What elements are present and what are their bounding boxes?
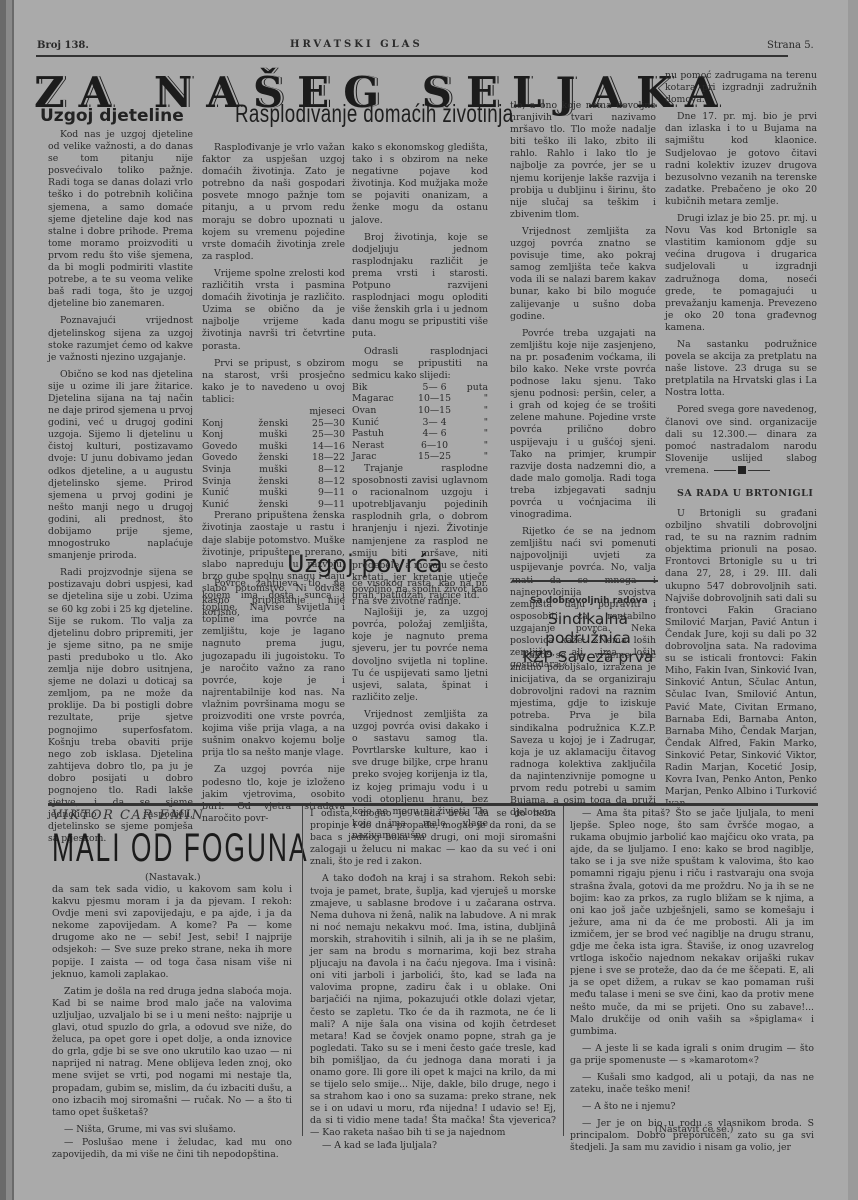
page-binding-shadow <box>6 0 12 1200</box>
sex: muški <box>252 487 294 499</box>
ditto-mark: " <box>458 451 488 463</box>
paragraph: — A što ne i njemu? <box>570 1101 814 1113</box>
months: 8—12 <box>294 464 345 476</box>
table-row: Kunić3— 4" <box>352 417 488 429</box>
article-uzgoj-povrca-col3: tlo, a ono koje nema dovoljno hranjivih … <box>510 100 656 676</box>
article-brtonigla-body: U Brtonigli su građani ozbiljno shvatili… <box>665 508 817 815</box>
article-title-brtonigla: SA RADA U BRTONIGLI <box>677 488 813 499</box>
table-row: Kunićmuški9—11 <box>202 487 345 499</box>
sex: muški <box>252 464 294 476</box>
months: 25—30 <box>294 429 345 441</box>
sex: ženski <box>252 499 294 511</box>
mating-frequency-table: Bik5— 6puta Magarac10—15" Ovan10—15" Kun… <box>352 382 488 463</box>
issue-number: Broj 138. <box>37 40 89 51</box>
times: 4— 6 <box>411 428 458 440</box>
article-sindikalna-body: Kako se je vrijeme već znatno poboljšalo… <box>510 650 656 824</box>
first-mating-age-table: mjeseci Konjženski25—30 Konjmuški25—30 G… <box>202 406 345 510</box>
paragraph: — Ama šta pitaš? Što se jače ljuljala, t… <box>570 808 814 1038</box>
article-uzgoj-povrca-col2: će visokog rasta, kao na pr. grah, patli… <box>352 578 488 847</box>
paragraph: će visokog rasta, kao na pr. grah, patli… <box>352 578 488 602</box>
times: 3— 4 <box>411 417 458 429</box>
animal: Magarac <box>352 393 411 405</box>
table-row: Konjženski25—30 <box>202 418 345 430</box>
serial-col2: I odista, mogao je otada brod da se do n… <box>310 808 556 1157</box>
animal: Bik <box>352 382 411 394</box>
paragraph: Povrće treba uzgajati na zemljištu koje … <box>510 328 656 522</box>
to-be-continued-label: (Nastavit će se.) <box>655 1124 733 1135</box>
header-rule <box>36 55 788 57</box>
paragraph: — Poslušao mene i želudac, kad mu ono za… <box>52 1137 292 1161</box>
article-title-uzgoj-djeteline: Uzgoj djeteline <box>40 106 184 126</box>
paragraph: nu pomoć zadrugama na terenu kotara pri … <box>665 70 817 106</box>
article-title-rasplodjivanje: Rasplođivanje domaćih životinja <box>235 100 513 129</box>
times: 6—10 <box>411 440 458 452</box>
paragraph: Vrijeme spolne zrelosti kod različitih v… <box>202 268 345 353</box>
serial-col3: — Ama šta pitaš? Što se jače ljuljala, t… <box>570 808 814 1160</box>
paragraph: kako s ekonomskog gledišta, tako i s obz… <box>352 142 488 227</box>
animal: Nerast <box>352 440 411 452</box>
table-row: Govedoženski18—22 <box>202 452 345 464</box>
paper-name: HRVATSKI GLAS <box>290 39 423 50</box>
paragraph: Dne 17. pr. mj. bio je prvi dan izlaska … <box>665 111 817 208</box>
sex: muški <box>252 429 294 441</box>
section-ornament <box>714 466 770 474</box>
months: 9—11 <box>294 487 345 499</box>
paragraph: — Ništa, Grume, mi vas svi slušamo. <box>52 1124 292 1136</box>
paragraph: U Brtonigli su građani ozbiljno shvatili… <box>665 508 817 810</box>
serial-title: MALI OD FOGUNA <box>52 826 309 871</box>
ornament-square-icon <box>738 466 746 474</box>
animal: Kunić <box>202 487 252 499</box>
months: 9—11 <box>294 499 345 511</box>
table-unit-header: mjeseci <box>294 406 345 418</box>
ditto-mark: " <box>458 405 488 417</box>
paragraph: Zatim je došla na red druga jedna slaboć… <box>52 986 292 1119</box>
paragraph: da sam tek sada vidio, u kakovom sam kol… <box>52 884 292 981</box>
ornament-line <box>748 470 770 471</box>
animal: Pastuh <box>352 428 411 440</box>
article-uzgoj-djeteline: Kod nas je uzgoj djeteline od velike važ… <box>48 129 193 850</box>
table-row: Ovan10—15" <box>352 405 488 417</box>
animal: Konj <box>202 429 252 441</box>
paragraph: Rasplođivanje je vrlo važan faktor za us… <box>202 142 345 263</box>
paragraph: Najlošiji je, za uzgoj povrća, položaj z… <box>352 607 488 704</box>
table-row: Bik5— 6puta <box>352 382 488 394</box>
table-row: Svinjamuški8—12 <box>202 464 345 476</box>
paragraph: Kako se je vrijeme već znatno poboljšalo… <box>510 650 656 819</box>
serial-top-rule <box>48 803 818 806</box>
paragraph: Obično se kod nas djetelina sije u ozime… <box>48 369 193 563</box>
article-sindikalna-continued: nu pomoć zadrugama na terenu kotara pri … <box>665 70 817 482</box>
months: 14—16 <box>294 441 345 453</box>
article-uzgoj-povrca-col1: Povrće zahtijeva tlo, na kojem ima dosta… <box>202 578 345 830</box>
animal: Govedo <box>202 441 252 453</box>
animal: Govedo <box>202 452 252 464</box>
serial-author: VIKTOR CAR EMIN <box>52 808 205 823</box>
ornament-line <box>714 470 736 471</box>
table-row: Pastuh4— 6" <box>352 428 488 440</box>
sex: ženski <box>252 418 294 430</box>
serial-col1: da sam tek sada vidio, u kakovom sam kol… <box>52 884 292 1166</box>
page-right-edge <box>848 0 858 1200</box>
table-row: Konjmuški25—30 <box>202 429 345 441</box>
sex: ženski <box>252 476 294 488</box>
table-row: Jarac15—25" <box>352 451 488 463</box>
paragraph: Kod nas je uzgoj djeteline od velike važ… <box>48 129 193 310</box>
paragraph: Na sastanku podružnice povela se akcija … <box>665 339 817 399</box>
column-divider <box>563 806 564 1136</box>
months: 18—22 <box>294 452 345 464</box>
article-rasplodjivanje-col2: kako s ekonomskog gledišta, tako i s obz… <box>352 142 488 613</box>
paragraph: Prvi se pripust, s obzirom na starost, v… <box>202 358 345 406</box>
paragraph: — Kušali smo kadgod, ali u potaji, da na… <box>570 1072 814 1096</box>
animal: Svinja <box>202 464 252 476</box>
paragraph: tlo, a ono koje nema dovoljno hranjivih … <box>510 100 656 221</box>
ditto-mark: " <box>458 393 488 405</box>
paragraph: Broj životinja, koje se dodjeljuju jedno… <box>352 232 488 341</box>
times: 10—15 <box>411 405 458 417</box>
paragraph: Povrće zahtijeva tlo, na kojem ima dosta… <box>202 578 345 759</box>
paragraph: Drugi izlaz je bio 25. pr. mj. u Novu Va… <box>665 213 817 334</box>
animal: Svinja <box>202 476 252 488</box>
times: 10—15 <box>411 393 458 405</box>
ditto-mark: " <box>458 417 488 429</box>
animal: Kunić <box>352 417 411 429</box>
sex: ženski <box>252 452 294 464</box>
paragraph: Vrijednost zemljišta za uzgoj povrća zna… <box>510 226 656 323</box>
paragraph: Odrasli rasplodnjaci mogu se pripustiti … <box>352 346 488 382</box>
paragraph: — A jeste li se kada igrali s onim drugi… <box>570 1043 814 1067</box>
section-rule <box>512 580 658 582</box>
column-divider <box>302 806 303 1136</box>
paragraph: A tako dođoh na kraj i sa strahom. Rekoh… <box>310 873 556 1139</box>
times: 15—25 <box>411 451 458 463</box>
animal: Ovan <box>352 405 411 417</box>
page-number: Strana 5. <box>767 40 814 51</box>
animal: Konj <box>202 418 252 430</box>
paragraph: — A kad se lađa ljuljala? <box>310 1140 556 1152</box>
continued-label: (Nastavak.) <box>145 872 201 883</box>
table-row: Kunićženski9—11 <box>202 499 345 511</box>
unit: puta <box>458 382 488 394</box>
ditto-mark: " <box>458 440 488 452</box>
animal: Kunić <box>202 499 252 511</box>
months: 25—30 <box>294 418 345 430</box>
title-line: Sindikalna podružnica <box>508 610 668 648</box>
times: 5— 6 <box>411 382 458 394</box>
months: 8—12 <box>294 476 345 488</box>
paragraph: Poznavajući vrijednost djetelinskog sije… <box>48 315 193 363</box>
table-row: Magarac10—15" <box>352 393 488 405</box>
paragraph: I odista, mogao je otada brod da se do n… <box>310 808 556 868</box>
table-row: Nerast6—10" <box>352 440 488 452</box>
table-row: Govedomuški14—16 <box>202 441 345 453</box>
table-row: Svinjaženski8—12 <box>202 476 345 488</box>
animal: Jarac <box>352 451 411 463</box>
sex: muški <box>252 441 294 453</box>
article-kicker: Sa dobrovoljnih radova <box>530 596 648 606</box>
article-title-uzgoj-povrca: Uzgoj povrća <box>287 550 443 578</box>
ditto-mark: " <box>458 428 488 440</box>
